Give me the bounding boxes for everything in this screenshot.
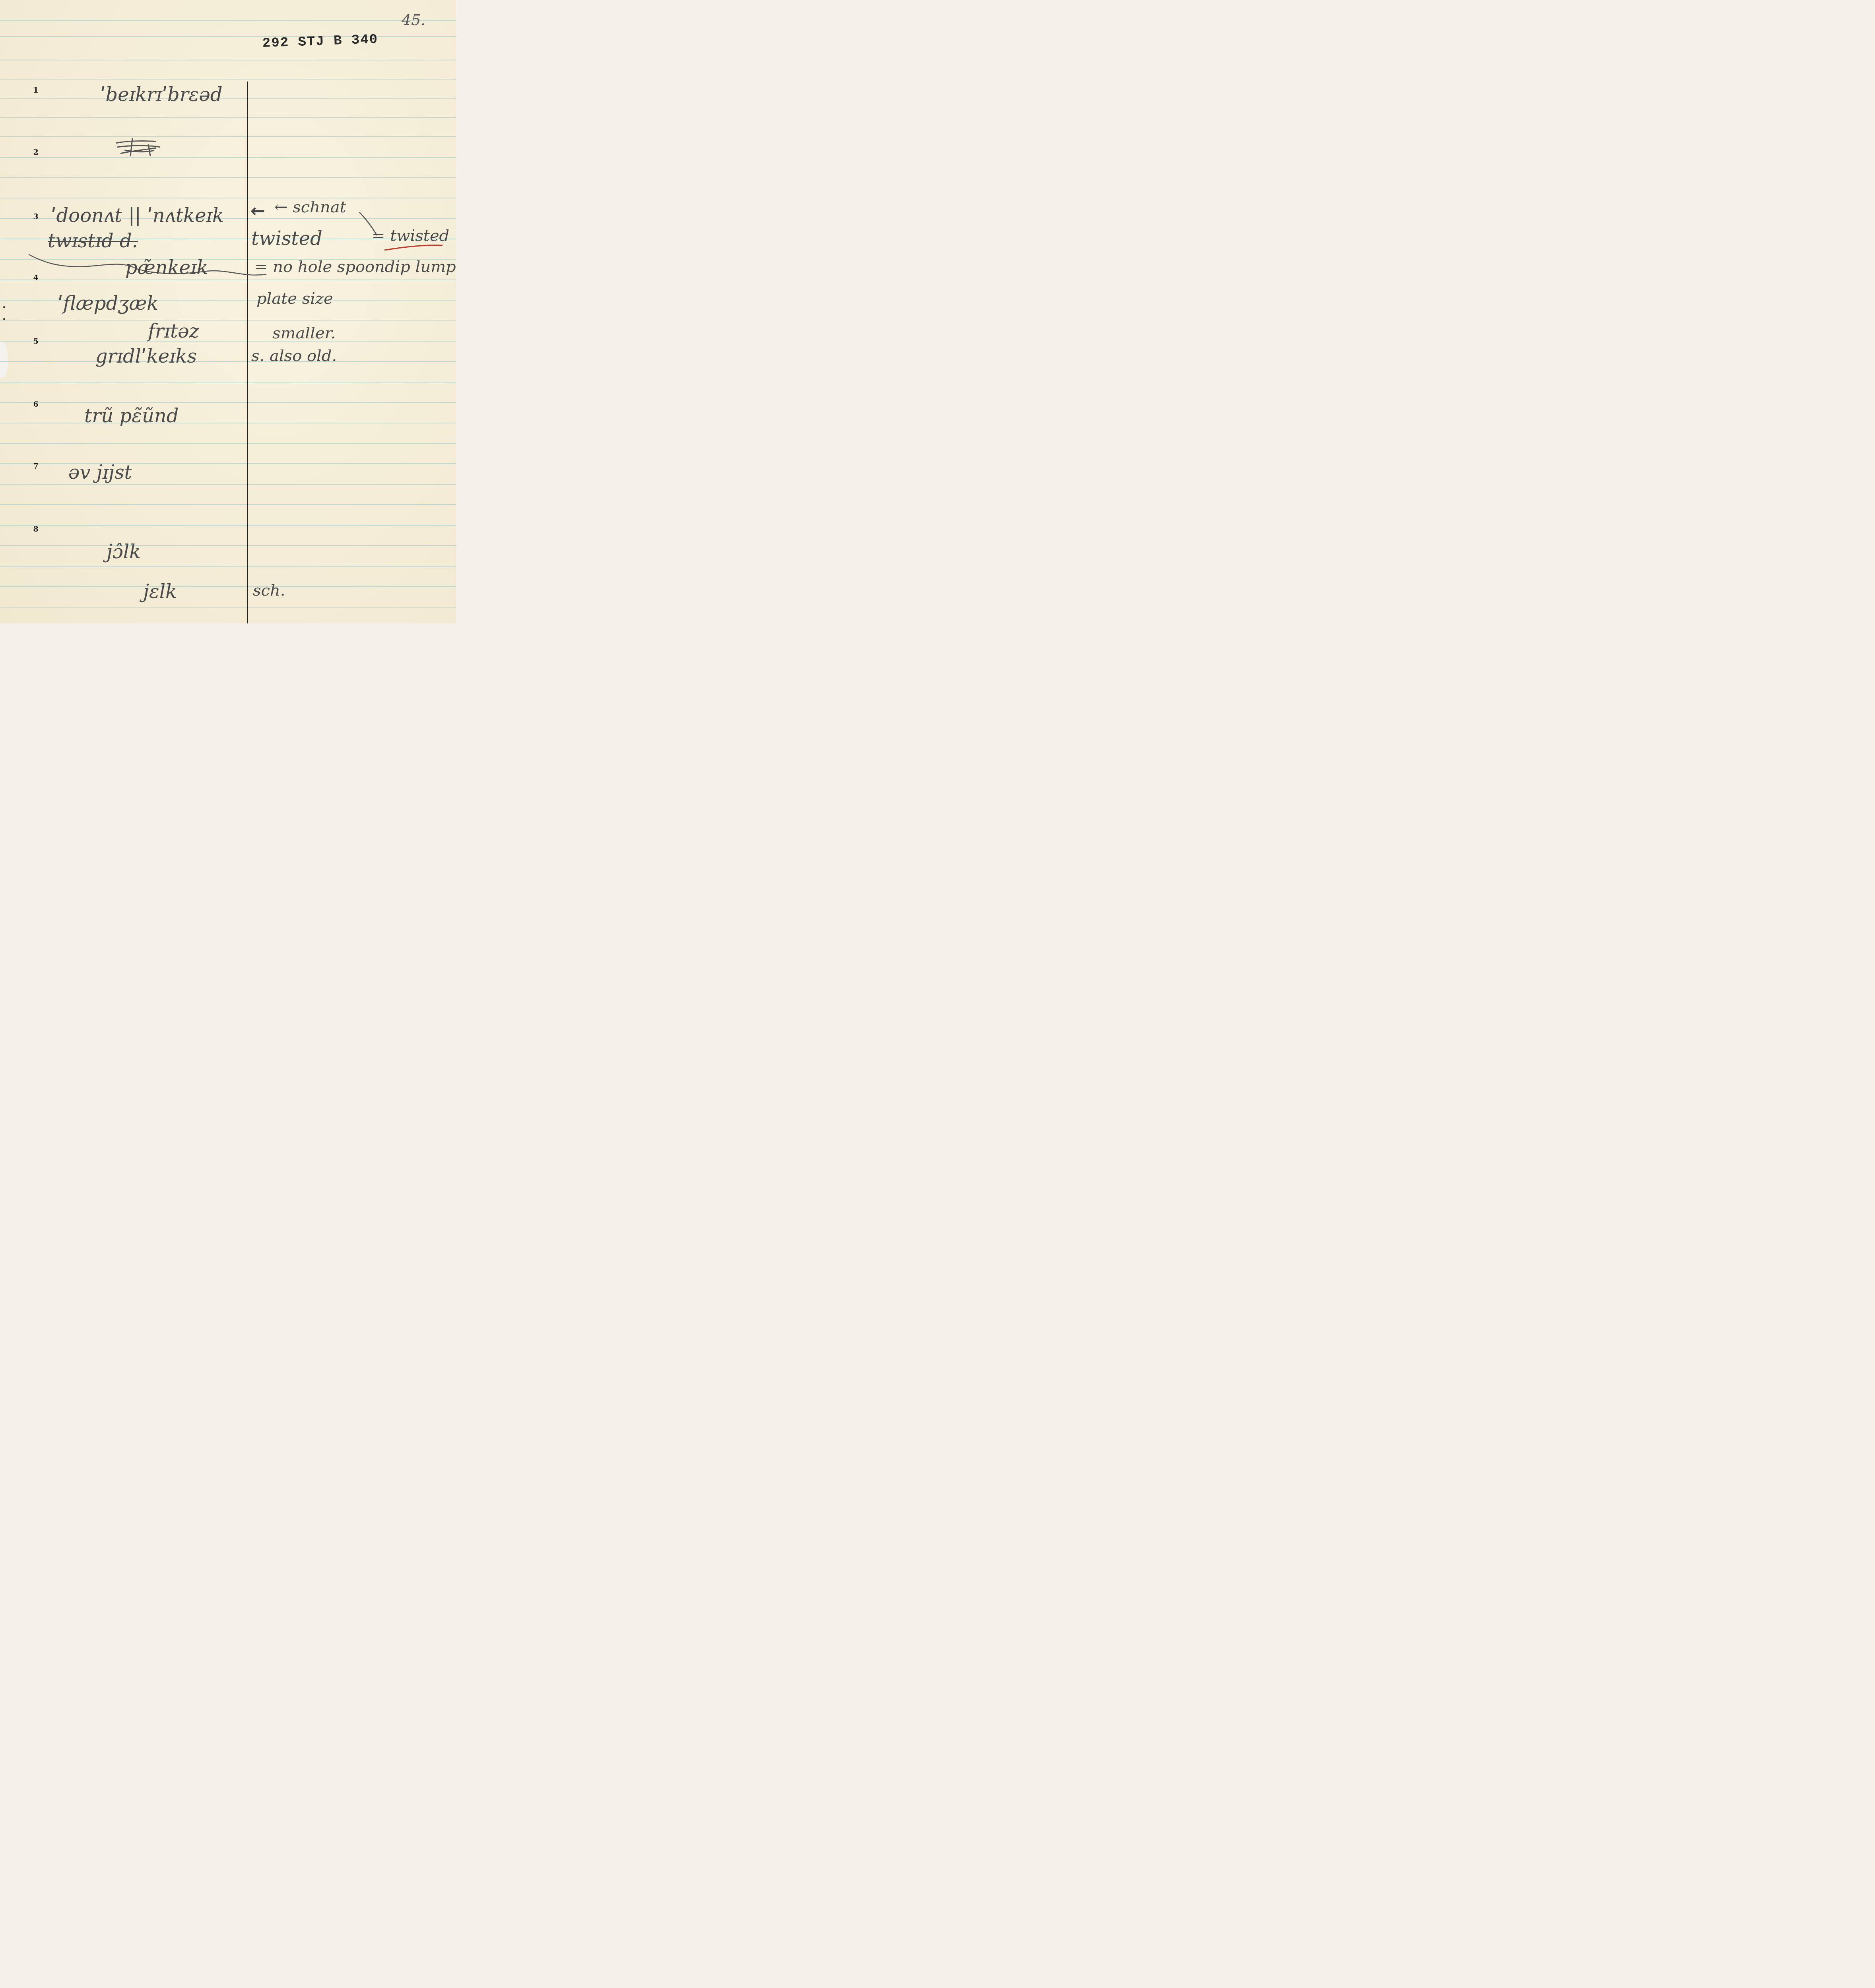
line-number: 8 (31, 525, 41, 534)
red-underline (384, 244, 443, 252)
entry-note: twisted (251, 227, 322, 250)
entry-phonetic: frɪtəz (148, 320, 199, 342)
line-number: 5 (31, 337, 41, 346)
line-number: 7 (31, 462, 41, 471)
entry-phonetic: jɔ̂lk (107, 541, 141, 563)
line-number: 1 (31, 86, 41, 95)
edge-mark (3, 306, 5, 308)
line-number: 3 (31, 212, 41, 221)
entry-note: sch. (253, 581, 285, 600)
crossed-out-scribble (113, 138, 162, 158)
left-arrow-icon: ← (250, 201, 265, 221)
entry-note: smaller. (272, 324, 336, 342)
torn-edge (0, 342, 8, 378)
entry-phonetic-struck: twɪstɪd d. (48, 230, 138, 252)
notebook-page: 45. 292 STJ B 340 1 2 3 4 5 6 7 8 ˈbeɪkr… (0, 0, 456, 623)
entry-phonetic: ˈflæpdʒæk (58, 292, 158, 315)
entry-phonetic: grɪdlˈkeɪks (95, 345, 197, 367)
entry-note: = twisted (372, 227, 449, 245)
entry-note: plate size (256, 289, 333, 308)
typed-header: 292 STJ B 340 (262, 32, 378, 51)
line-number: 2 (31, 148, 41, 157)
entry-phonetic: pæ̃nkeɪk (125, 256, 208, 279)
entry-note: s. also old. (251, 347, 337, 365)
entry-note: ← schnat (274, 198, 346, 216)
entry-phonetic: əv jɪjst (68, 461, 132, 483)
entry-phonetic: ˈbeɪkrɪˈbrɛəd (100, 83, 223, 106)
entry-phonetic: jɛlk (143, 580, 177, 603)
line-number: 6 (31, 400, 41, 409)
column-divider (247, 82, 248, 623)
page-number: 45. (402, 11, 425, 29)
edge-mark (3, 318, 5, 320)
entry-phonetic: ˈdoonʌt || ˈnʌtkeɪk (51, 204, 224, 227)
entry-note: = no hole spoondip lump (254, 258, 456, 276)
entry-phonetic: trũ pɛ̃ũnd (84, 405, 179, 427)
